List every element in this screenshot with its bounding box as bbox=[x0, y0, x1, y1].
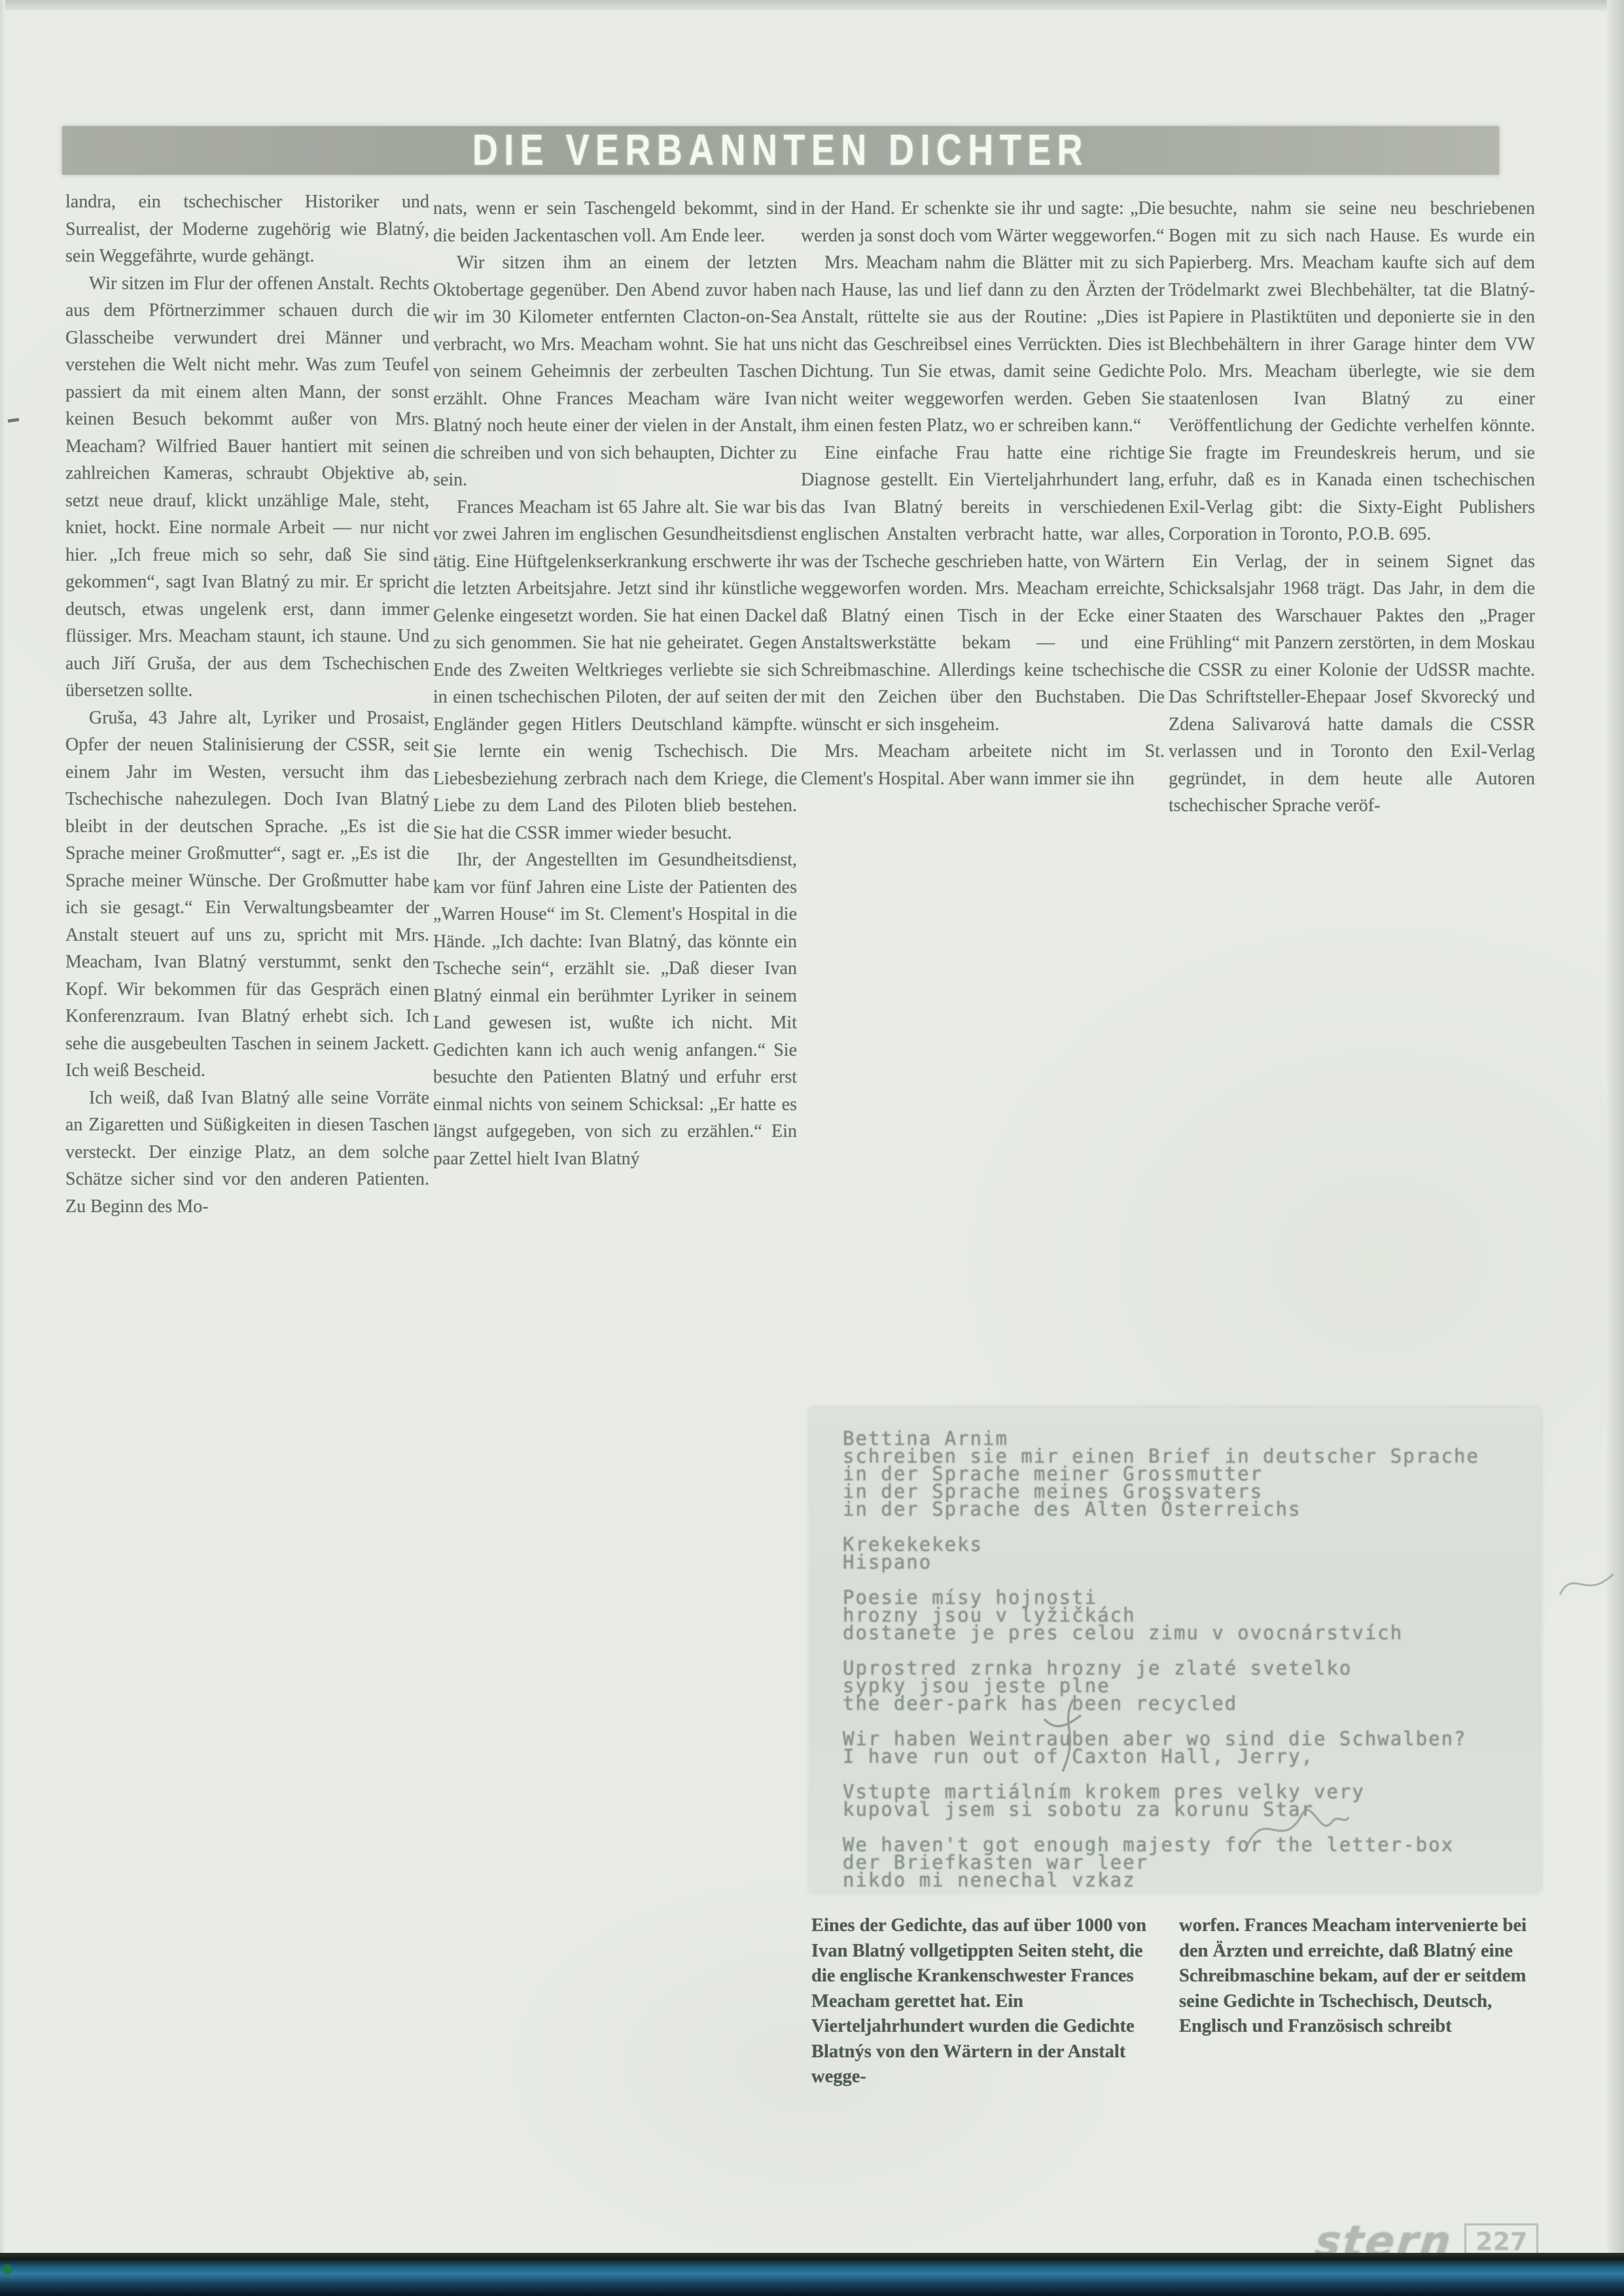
article-paragraph: nats, wenn er sein Taschengeld bekommt, … bbox=[433, 195, 797, 249]
article-paragraph: Wir sitzen im Flur der offenen Anstalt. … bbox=[65, 270, 429, 704]
article-paragraph: Ich weiß, daß Ivan Blatný alle seine Vor… bbox=[65, 1085, 429, 1221]
poem-line: dostanete je pres celou zimu v ovocnárst… bbox=[843, 1624, 1540, 1642]
scan-edge-left bbox=[0, 0, 5, 2296]
photo-caption-left: Eines der Gedichte, das auf über 1000 vo… bbox=[811, 1913, 1161, 2090]
article-paragraph: Mrs. Meacham nahm die Blätter mit zu sic… bbox=[801, 249, 1165, 440]
photo-caption-right: worfen. Frances Meacham intervenierte be… bbox=[1179, 1913, 1538, 2040]
poem-line: I have run out of Caxton Hall, Jerry, bbox=[843, 1748, 1540, 1765]
scan-edge-bottom bbox=[0, 2253, 1624, 2296]
article-paragraph: Ein Verlag, der in seinem Signet das Sch… bbox=[1169, 548, 1535, 820]
poem-line: nikdo mi nenechal vzkaz bbox=[843, 1871, 1540, 1889]
article-paragraph: besuchte, nahm sie seine neu beschrieben… bbox=[1169, 195, 1535, 548]
article-paragraph: Frances Meacham ist 65 Jahre alt. Sie wa… bbox=[433, 494, 797, 847]
article-column-1: landra, ein tschechischer Historiker und… bbox=[65, 188, 429, 1220]
article-column-4: besuchte, nahm sie seine neu beschrieben… bbox=[1169, 195, 1535, 820]
section-header-band: DIE VERBANNTEN DICHTER bbox=[62, 126, 1499, 175]
poem-line: Krekekekeks bbox=[843, 1536, 1540, 1554]
article-paragraph: Mrs. Meacham arbeitete nicht im St. Clem… bbox=[801, 738, 1165, 792]
poem-line: Hispano bbox=[843, 1554, 1540, 1571]
poem-line: the deer-park has been recycled bbox=[843, 1695, 1540, 1713]
page-title: DIE VERBANNTEN DICHTER bbox=[472, 126, 1089, 176]
article-paragraph: in der Hand. Er schenkte sie ihr und sag… bbox=[801, 195, 1165, 249]
scan-artifact-dot bbox=[3, 2265, 12, 2274]
poem-line: kupoval jsem si sobotu za korunu Star bbox=[843, 1801, 1540, 1818]
article-paragraph: Wir sitzen ihm an einem der letzten Okto… bbox=[433, 249, 797, 494]
article-paragraph: Ihr, der Angestellten im Gesundheitsdien… bbox=[433, 846, 797, 1172]
article-column-2: nats, wenn er sein Taschengeld bekommt, … bbox=[433, 195, 797, 1172]
article-column-3: in der Hand. Er schenkte sie ihr und sag… bbox=[801, 195, 1165, 792]
margin-mark bbox=[8, 418, 20, 423]
typewritten-poem-block: Bettina Arnimschreiben sie mir einen Bri… bbox=[810, 1408, 1540, 1892]
poem-line: in der Sprache des Alten Österreichs bbox=[843, 1501, 1540, 1518]
article-paragraph: Eine einfache Frau hatte eine richtige D… bbox=[801, 440, 1165, 739]
scan-edge-right bbox=[1607, 0, 1624, 2296]
scan-edge-top bbox=[0, 0, 1624, 10]
article-paragraph: Gruša, 43 Jahre alt, Lyriker und Prosais… bbox=[65, 704, 429, 1085]
article-paragraph: landra, ein tschechischer Historiker und… bbox=[65, 188, 429, 270]
